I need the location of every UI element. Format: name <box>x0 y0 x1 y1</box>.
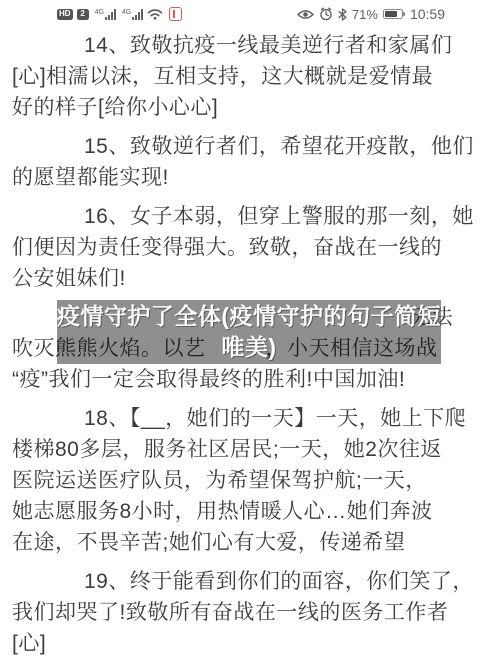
paragraph-16: 16、女子本弱，但穿上警服的那一刻，她 们便因为责任变得强大。致敬，奋战在一线的… <box>12 201 456 294</box>
signal-4g-icon-2: 4G <box>122 9 143 20</box>
title-banner: 疫情守护了全体(疫情守护的句子简短 唯美) <box>57 300 441 364</box>
text-line: 的愿望都能实现! <box>12 162 456 193</box>
phone-screen: HD 2 4G 4G <box>0 0 500 666</box>
paragraph-15: 15、致敬逆行者们，希望花开疫散，他们 的愿望都能实现! <box>12 131 456 193</box>
battery-icon <box>383 9 403 19</box>
text-line: 14、致敬抗疫一线最美逆行者和家属们 <box>12 30 456 61</box>
paragraph-18: 18、【__，她们的一天】一天，她上下爬 楼梯80多层，服务社区居民;一天，她2… <box>12 403 456 558</box>
text-line: 19、终于能看到你们的面容，你们笑了， <box>12 566 456 597</box>
hd-icon: HD <box>57 9 73 20</box>
status-bar-right: 71% 10:59 <box>297 6 445 22</box>
reading-mode-icon <box>169 7 182 21</box>
signal-bars-icon <box>132 9 143 20</box>
text-line: 公安姐妹们! <box>12 263 456 294</box>
network-type-label: 4G <box>95 9 104 16</box>
signal-4g-icon-1: 4G <box>95 9 116 20</box>
text-line: 15、致敬逆行者们，希望花开疫散，他们 <box>12 131 456 162</box>
text-line: 我们却哭了!致敬所有奋战在一线的医务工作者 <box>12 597 456 628</box>
text-line: [心]相濡以沫，互相支持，这大概就是爱情最 <box>12 61 456 92</box>
network-type-label: 4G <box>122 9 131 16</box>
alarm-icon <box>319 7 333 21</box>
text-line: 医院运送医疗队员，为希望保驾护航;一天， <box>12 465 456 496</box>
status-bar: HD 2 4G 4G <box>0 0 500 26</box>
text-line: 16、女子本弱，但穿上警服的那一刻，她 <box>12 201 456 232</box>
clock-time: 10:59 <box>410 6 445 22</box>
eye-comfort-icon <box>297 9 314 20</box>
text-line: “疫”我们一定会取得最终的胜利!中国加油! <box>12 364 456 395</box>
status-bar-left: HD 2 4G 4G <box>57 7 182 21</box>
text-line: 在途，不畏辛苦;她们心有大爱，传递希望 <box>12 527 456 558</box>
text-line: 18、【__，她们的一天】一天，她上下爬 <box>12 403 456 434</box>
sim2-icon: 2 <box>77 9 89 20</box>
wifi-icon <box>147 8 163 20</box>
document-content[interactable]: 14、致敬抗疫一线最美逆行者和家属们 [心]相濡以沫，互相支持，这大概就是爱情最… <box>0 26 500 659</box>
page-title-line-2: 唯美) <box>221 332 276 363</box>
text-line: 们便因为责任变得强大。致敬，奋战在一线的 <box>12 232 456 263</box>
page-title-line-1: 疫情守护了全体(疫情守护的句子简短 <box>57 301 441 332</box>
signal-bars-icon <box>105 9 116 20</box>
text-line: 好的样子[给你小心心] <box>12 92 456 123</box>
bluetooth-icon <box>338 8 347 21</box>
paragraph-17-covered: 无法 吹灭熊熊火焰。以艺，小天相信这场战 “疫”我们一定会取得最终的胜利!中国加… <box>12 302 456 395</box>
battery-percent: 71% <box>352 7 378 22</box>
text-line: [心] <box>12 628 456 659</box>
text-line: 楼梯80多层，服务社区居民;一天，她2次往返 <box>12 434 456 465</box>
text-line: 她志愿服务8小时，用热情暖人心…她们奔波 <box>12 496 456 527</box>
paragraph-14: 14、致敬抗疫一线最美逆行者和家属们 [心]相濡以沫，互相支持，这大概就是爱情最… <box>12 30 456 123</box>
paragraph-19: 19、终于能看到你们的面容，你们笑了， 我们却哭了!致敬所有奋战在一线的医务工作… <box>12 566 456 659</box>
